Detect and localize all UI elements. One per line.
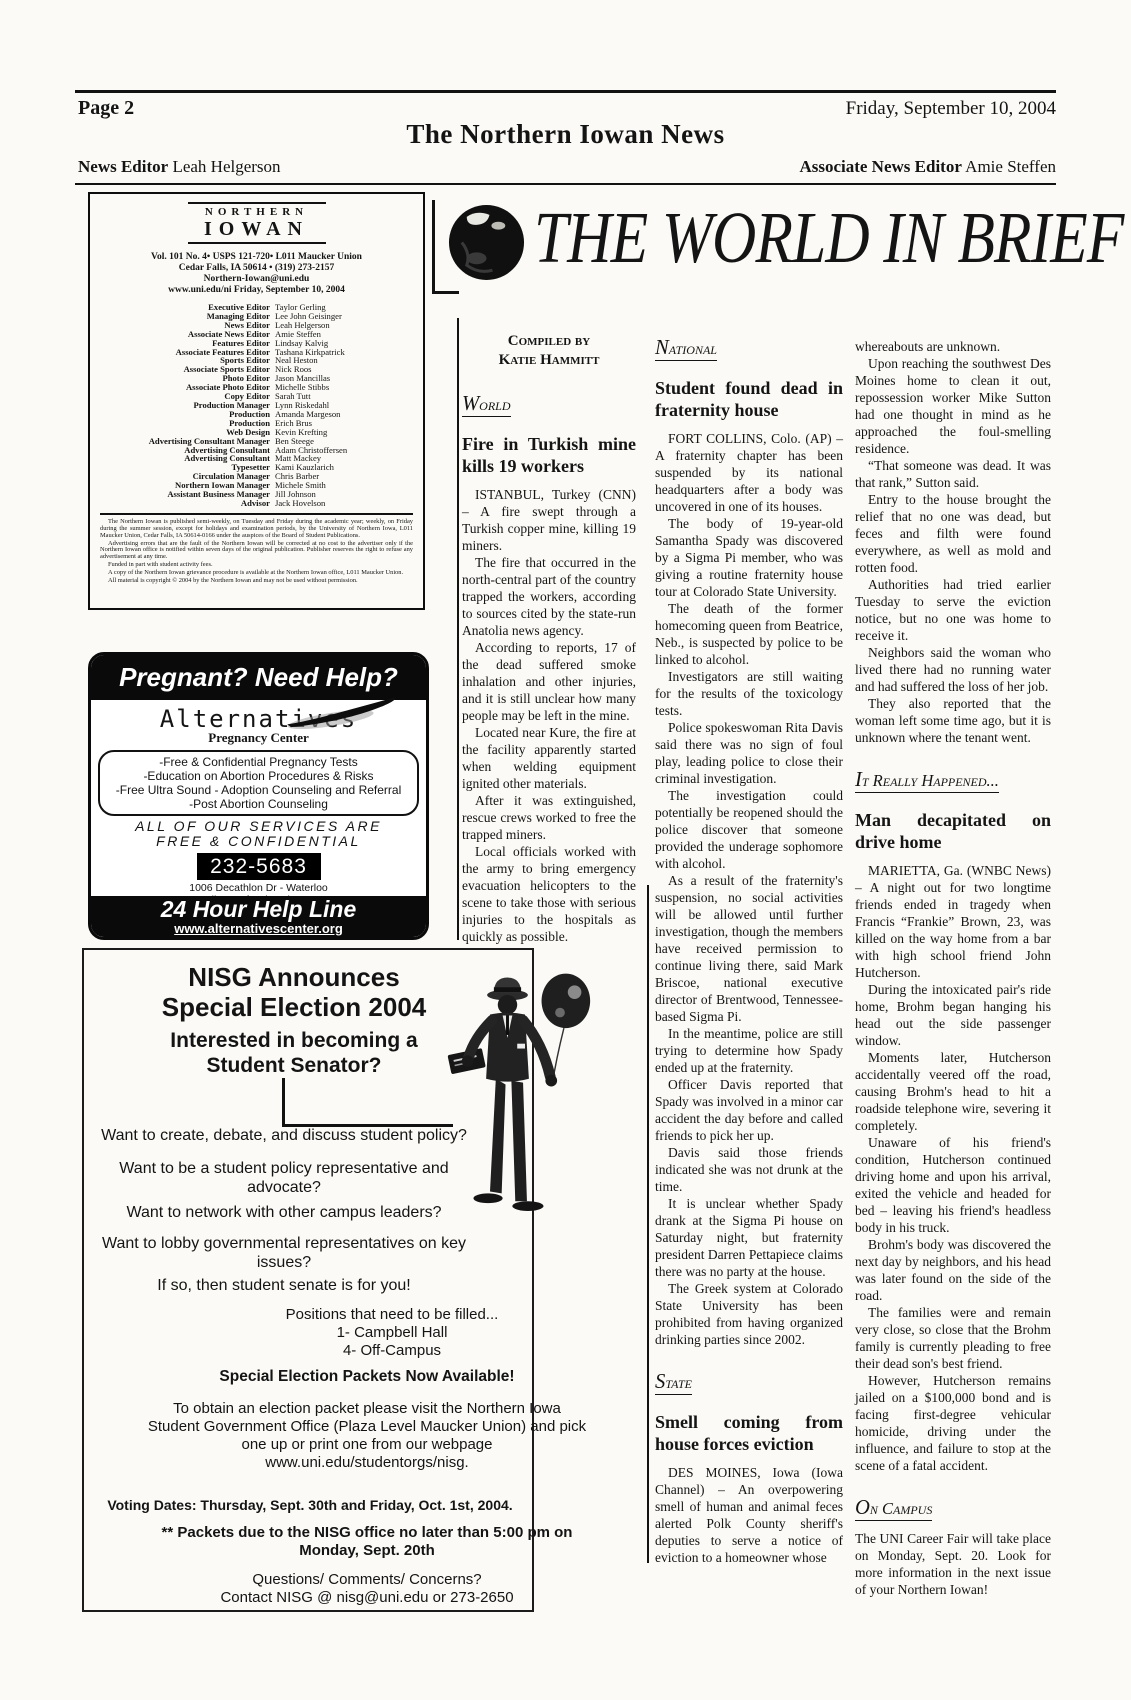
story-paragraph: Davis said those friends indicated she w… [655, 1144, 843, 1195]
masthead-legal: The Northern Iowan is published semi-wee… [100, 519, 413, 585]
story-paragraph: Investigators are still waiting for the … [655, 668, 843, 719]
masthead-info-line: Vol. 101 No. 4• USPS 121-720• L011 Mauck… [100, 252, 413, 263]
news-column-right: whereabouts are unknown. Upon reaching t… [855, 338, 1051, 1598]
staff-row: Advisor Jack Hovelson [100, 499, 413, 508]
story-paragraph: ISTANBUL, Turkey (CNN) – A fire swept th… [462, 486, 636, 554]
masthead-box: Northern Iowan Vol. 101 No. 4• USPS 121-… [88, 192, 425, 610]
compiled-by-name: Katie Hammitt [462, 351, 636, 370]
world-in-brief-banner: THE WORLD IN BRIEF [534, 196, 1123, 280]
story-paragraph: MARIETTA, Ga. (WNBC News) – A night out … [855, 862, 1051, 981]
story-paragraph: The UNI Career Fair will take place on M… [855, 1530, 1051, 1598]
masthead-divider [100, 513, 413, 515]
nisg-contact-line2: Contact NISG @ nisg@uni.edu or 273-2650 [147, 1589, 587, 1607]
page-number: Page 2 [78, 97, 134, 120]
story-paragraph: Police spokeswoman Rita Davis said there… [655, 719, 843, 787]
helpline-text: 24 Hour Help Line [91, 897, 426, 922]
editors-rule [75, 183, 1056, 185]
state-story-continuation: whereabouts are unknown. [855, 338, 1051, 355]
associate-news-editor: Associate News Editor Amie Steffen [799, 157, 1056, 177]
story-paragraph: During the intoxicated pair's ride home,… [855, 981, 1051, 1049]
banner-bracket-vertical [432, 200, 435, 293]
story-paragraph: Authorities had tried earlier Tuesday to… [855, 576, 1051, 644]
services-note-line2: FREE & CONFIDENTIAL [91, 834, 426, 849]
nisg-positions-title: Positions that need to be filled... [242, 1306, 542, 1324]
associate-news-editor-label: Associate News Editor [799, 157, 961, 176]
man-with-balloon-icon [444, 962, 606, 1244]
nisg-packets-due: ** Packets due to the NISG office no lat… [147, 1524, 587, 1560]
brush-swoosh-icon [284, 696, 400, 730]
nisg-position-line: 1- Campbell Hall [242, 1324, 542, 1342]
masthead-rule-top [188, 202, 326, 204]
banner-bracket-horizontal [432, 291, 459, 294]
irh-story: MARIETTA, Ga. (WNBC News) – A night out … [855, 862, 1051, 1474]
news-column-world: Compiled by Katie Hammitt World Fire in … [462, 332, 636, 945]
legal-paragraph: All material is copyright © 2004 by the … [100, 578, 413, 585]
masthead-brand-northern: Northern [100, 206, 413, 218]
nisg-title: NISG Announces Special Election 2004 [84, 962, 504, 1022]
story-paragraph: The families were and remain very close,… [855, 1304, 1051, 1372]
story-paragraph: However, Hutcherson remains jailed on a … [855, 1372, 1051, 1474]
services-note-line1: ALL OF OUR SERVICES ARE [91, 819, 426, 834]
story-paragraph: “That someone was dead. It was that rank… [855, 457, 1051, 491]
story-paragraph: Located near Kure, the fire at the facil… [462, 724, 636, 792]
masthead-staff-list: Executive Editor Taylor Gerling Managing… [100, 303, 413, 508]
story-paragraph: Unaware of his friend's condition, Hutch… [855, 1134, 1051, 1236]
compiled-by-line: Compiled by [462, 332, 636, 351]
story-paragraph: The fire that occurred in the north-cent… [462, 554, 636, 639]
service-line: -Free Ultra Sound - Adoption Counseling … [102, 783, 415, 797]
nisg-obtain-instructions: To obtain an election packet please visi… [147, 1400, 587, 1472]
story-paragraph: Officer Davis reported that Spady was in… [655, 1076, 843, 1144]
story-paragraph: They also reported that the woman left s… [855, 695, 1051, 746]
nisg-subtitle-line2: Student Senator? [84, 1053, 504, 1078]
story-paragraph: The Greek system at Colorado State Unive… [655, 1280, 843, 1348]
nisg-want-4: Want to lobby governmental representativ… [84, 1234, 484, 1272]
address-line1: 1006 Decathlon Dr - Waterloo [91, 883, 426, 895]
story-paragraph: FORT COLLINS, Colo. (AP) – A fraternity … [655, 430, 843, 515]
newspaper-page: Page 2 Friday, September 10, 2004 The No… [0, 0, 1131, 1700]
section-heading-state: State [655, 1372, 843, 1395]
legal-paragraph: Funded in part with student activity fee… [100, 562, 413, 569]
state-story: DES MOINES, Iowa (Iowa Channel) – An ove… [655, 1464, 843, 1566]
masthead-info: Vol. 101 No. 4• USPS 121-720• L011 Mauck… [100, 252, 413, 296]
news-editor: News Editor Leah Helgerson [78, 157, 281, 176]
issue-date: Friday, September 10, 2004 [606, 98, 1056, 120]
masthead-info-line: www.uni.edu/ni Friday, September 10, 200… [100, 285, 413, 296]
service-line: -Free & Confidential Pregnancy Tests [102, 755, 415, 769]
masthead-rule-bottom [188, 242, 326, 244]
nisg-subtitle: Interested in becoming a Student Senator… [84, 1028, 504, 1078]
nisg-positions-list: 1- Campbell Hall4- Off-Campus [242, 1324, 542, 1360]
story-paragraph: It is unclear whether Spady drank at the… [655, 1195, 843, 1280]
story-paragraph: Moments later, Hutcherson accidentally v… [855, 1049, 1051, 1134]
nisg-positions: Positions that need to be filled... 1- C… [242, 1306, 542, 1360]
nisg-want-5: If so, then student senate is for you! [84, 1276, 484, 1295]
story-paragraph: Local officials worked with the army to … [462, 843, 636, 945]
story-paragraph: According to reports, 17 of the dead suf… [462, 639, 636, 724]
nisg-contact-line1: Questions/ Comments/ Concerns? [147, 1571, 587, 1589]
paper-title: The Northern Iowan News [0, 119, 1131, 150]
masthead-brand-iowan: Iowan [100, 218, 413, 240]
story-paragraph: As a result of the fraternity's suspensi… [655, 872, 843, 1025]
section-heading-it-really-happened: It Really Happened... [855, 770, 1051, 793]
story-paragraph: Upon reaching the southwest Des Moines h… [855, 355, 1051, 457]
masthead-info-line: Northern-Iowan@uni.edu [100, 274, 413, 285]
story-paragraph: DES MOINES, Iowa (Iowa Channel) – An ove… [655, 1464, 843, 1566]
column-divider-left [457, 318, 459, 940]
nisg-contact: Questions/ Comments/ Concerns? Contact N… [147, 1571, 587, 1607]
world-story: ISTANBUL, Turkey (CNN) – A fire swept th… [462, 486, 636, 945]
helpline-bar: 24 Hour Help Line www.alternativescenter… [91, 896, 426, 937]
top-rule [75, 90, 1056, 93]
national-story: FORT COLLINS, Colo. (AP) – A fraternity … [655, 430, 843, 1348]
legal-paragraph: A copy of the Northern Iowan grievance p… [100, 570, 413, 577]
news-editor-name: Leah Helgerson [168, 157, 280, 176]
section-heading-world: World [462, 394, 636, 417]
service-line: -Education on Abortion Procedures & Risk… [102, 769, 415, 783]
nisg-election-ad: NISG Announces Special Election 2004 Int… [82, 948, 534, 1612]
pregnancy-ad-headline: Pregnant? Need Help? [91, 655, 426, 700]
alternatives-website-link: www.alternativescenter.org [91, 922, 426, 936]
editors-row: Associate News Editor Amie Steffen News … [78, 157, 1056, 177]
legal-paragraph: Advertising errors that are the fault of… [100, 541, 413, 562]
nisg-want-2: Want to be a student policy representati… [84, 1159, 484, 1197]
national-headline: Student found dead in fraternity house [655, 377, 843, 421]
nisg-voting-dates: Voting Dates: Thursday, Sept. 30th and F… [84, 1497, 536, 1513]
service-line: -Post Abortion Counseling [102, 797, 415, 811]
nisg-want-3: Want to network with other campus leader… [84, 1203, 484, 1222]
news-editor-label: News Editor [78, 157, 168, 176]
staff-name: Jack Hovelson [275, 499, 413, 508]
irh-headline: Man decapitated on drive home [855, 809, 1051, 853]
story-paragraph: After it was extinguished, rescue crews … [462, 792, 636, 843]
world-headline: Fire in Turkish mine kills 19 workers [462, 433, 636, 477]
nisg-packets-available: Special Election Packets Now Available! [147, 1368, 587, 1386]
associate-news-editor-name: Amie Steffen [962, 157, 1056, 176]
story-paragraph: In the meantime, police are still trying… [655, 1025, 843, 1076]
nisg-title-line2: Special Election 2004 [84, 992, 504, 1022]
column-divider-middle [647, 885, 649, 1563]
story-paragraph: The body of 19-year-old Samantha Spady w… [655, 515, 843, 600]
story-paragraph: Neighbors said the woman who lived there… [855, 644, 1051, 695]
nisg-title-line1: NISG Announces [84, 962, 504, 992]
alternatives-brand: Alternatives [91, 705, 426, 733]
nisg-subtitle-line1: Interested in becoming a [84, 1028, 504, 1053]
section-heading-on-campus: On Campus [855, 1498, 1051, 1521]
story-paragraph: The death of the former homecoming queen… [655, 600, 843, 668]
phone-number: 232-5683 [197, 853, 321, 880]
nisg-position-line: 4- Off-Campus [242, 1342, 542, 1360]
story-paragraph: Brohm's body was discovered the next day… [855, 1236, 1051, 1304]
oncampus-story: The UNI Career Fair will take place on M… [855, 1530, 1051, 1598]
globe-icon [447, 203, 526, 282]
pregnancy-center-ad: Pregnant? Need Help? Alternatives Pregna… [88, 652, 429, 940]
campaign-man-illustration [444, 962, 606, 1244]
legal-paragraph: The Northern Iowan is published semi-wee… [100, 519, 413, 540]
nisg-want-1: Want to create, debate, and discuss stud… [84, 1126, 484, 1145]
state-headline: Smell coming from house forces eviction [655, 1411, 843, 1455]
staff-role: Advisor [100, 499, 270, 508]
services-note: ALL OF OUR SERVICES ARE FREE & CONFIDENT… [91, 819, 426, 849]
state-story-continued: Upon reaching the southwest Des Moines h… [855, 355, 1051, 746]
section-heading-national: National [655, 338, 843, 361]
story-paragraph: Entry to the house brought the relief th… [855, 491, 1051, 576]
story-paragraph: The investigation could potentially be r… [655, 787, 843, 872]
pointer-line [282, 1078, 453, 1127]
compiled-by: Compiled by Katie Hammitt [462, 332, 636, 370]
masthead-info-line: Cedar Falls, IA 50614 • (319) 273-2157 [100, 263, 413, 274]
news-column-national: National Student found dead in fraternit… [655, 338, 843, 1566]
services-list: -Free & Confidential Pregnancy Tests-Edu… [98, 750, 419, 816]
